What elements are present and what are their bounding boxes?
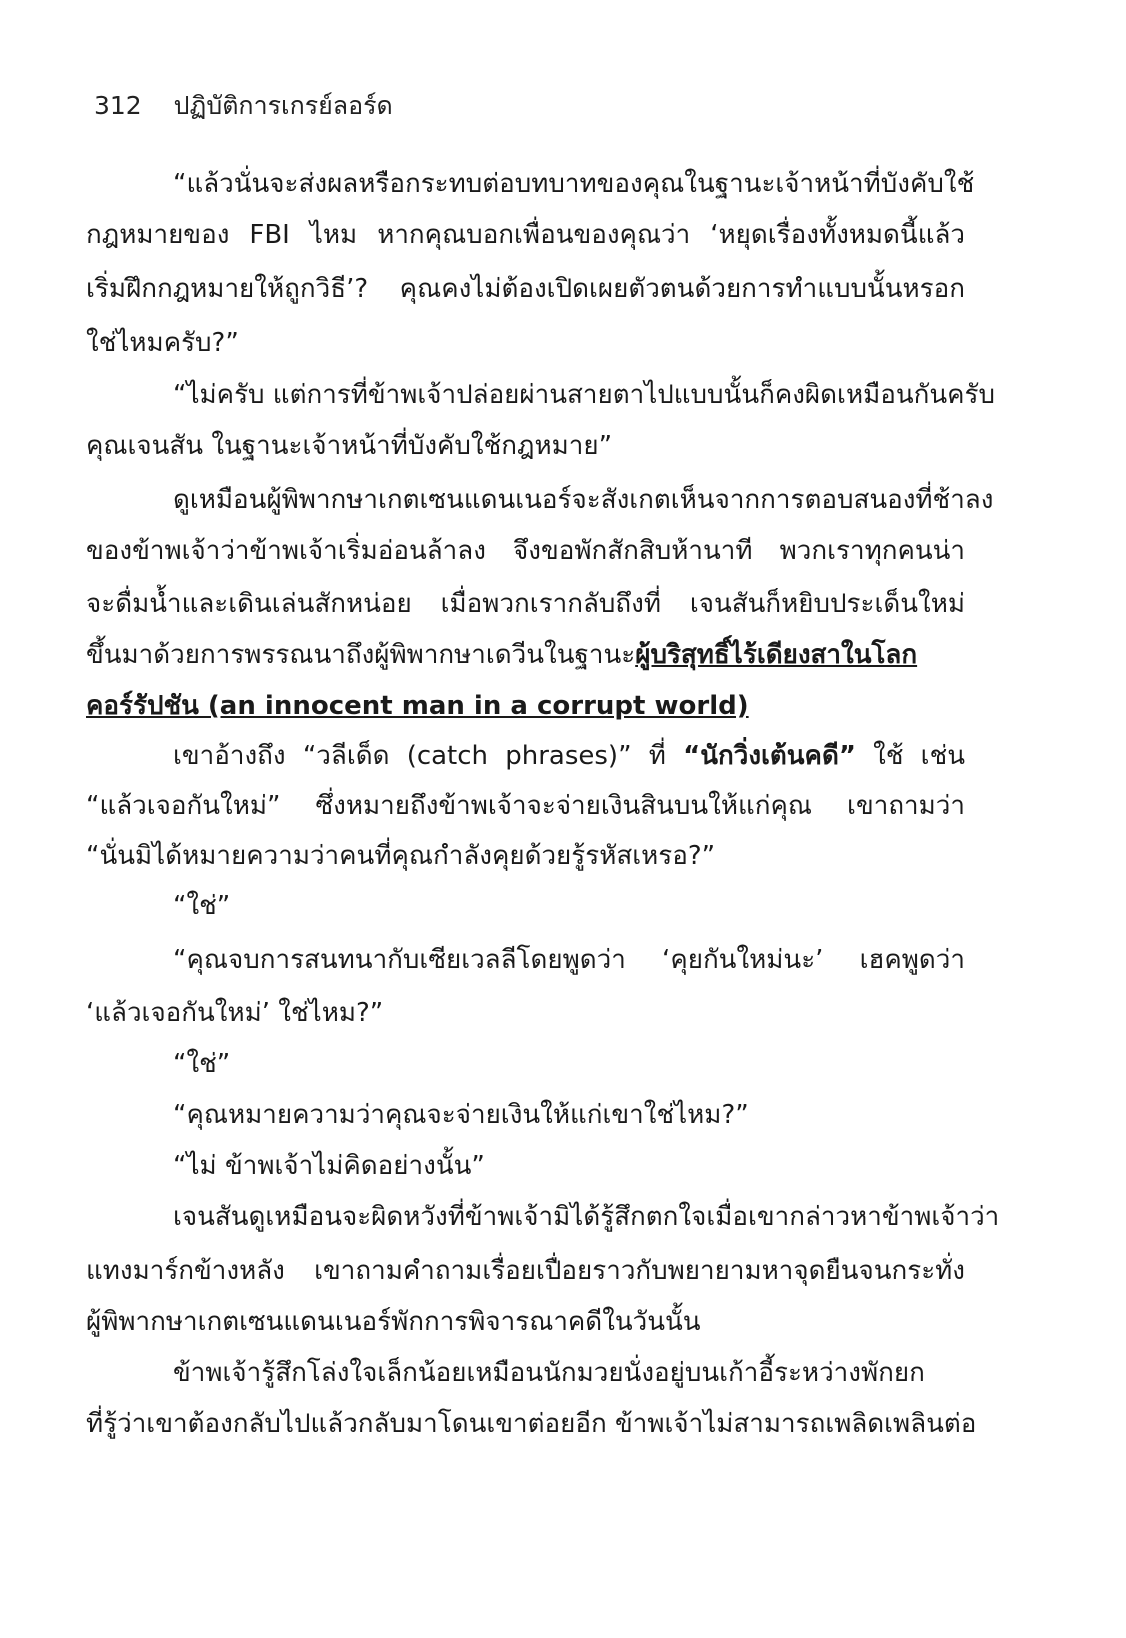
text-line: เริ่มฝึกกฎหมายให้ถูกวิธี’? คุณคงไม่ต้องเ… <box>86 269 965 309</box>
text-line: ที่รู้ว่าเขาต้องกลับไปแล้วกลับมาโดนเขาต่… <box>86 1404 965 1444</box>
text-line: “ไม่ ข้าพเจ้าไม่คิดอย่างนั้น” <box>173 1146 965 1186</box>
page-number: 312 <box>94 91 142 120</box>
text-line: “ไม่ครับ แต่การที่ข้าพเจ้าปล่อยผ่านสายตา… <box>173 375 965 415</box>
text-line: เจนสันดูเหมือนจะผิดหวังที่ข้าพเจ้ามิได้ร… <box>173 1197 965 1237</box>
text-line: เขาอ้างถึง “วลีเด็ด (catch phrases)” ที่… <box>173 736 965 776</box>
text-line: ขึ้นมาด้วยการพรรณนาถึงผู้พิพากษาเดวีนในฐ… <box>86 635 965 675</box>
text-line: แทงมาร์กข้างหลัง เขาถามคำถามเรื่อยเปื่อย… <box>86 1251 965 1291</box>
text-span: ใช้ เช่น <box>856 741 965 771</box>
text-line: คุณเจนสัน ในฐานะเจ้าหน้าที่บังคับใช้กฎหม… <box>86 426 965 466</box>
text-line: “ใช่” <box>173 886 965 926</box>
running-header: 312 ปฏิบัติการเกรย์ลอร์ด <box>94 86 393 126</box>
text-line: ‘แล้วเจอกันใหม่’ ใช่ไหม?” <box>86 993 965 1033</box>
text-span: ขึ้นมาด้วยการพรรณนาถึงผู้พิพากษาเดวีนในฐ… <box>86 640 635 670</box>
text-line: ผู้พิพากษาเกตเซนแดนเนอร์พักการพิจารณาคดี… <box>86 1302 965 1342</box>
text-line: ของข้าพเจ้าว่าข้าพเจ้าเริ่มอ่อนล้าลง จึง… <box>86 531 965 571</box>
text-line: “คุณจบการสนทนากับเซียเวลลีโดยพูดว่า ‘คุย… <box>173 940 965 980</box>
text-line: “นั่นมิได้หมายความว่าคนที่คุณกำลังคุยด้ว… <box>86 836 965 876</box>
book-title: ปฏิบัติการเกรย์ลอร์ด <box>174 91 393 120</box>
text-line: ดูเหมือนผู้พิพากษาเกตเซนแดนเนอร์จะสังเกต… <box>173 480 965 520</box>
text-line: ข้าพเจ้ารู้สึกโล่งใจเล็กน้อยเหมือนนักมวย… <box>173 1353 965 1393</box>
text-line: “แล้วเจอกันใหม่” ซึ่งหมายถึงข้าพเจ้าจะจ่… <box>86 786 965 826</box>
text-line: จะดื่มน้ำและเดินเล่นสักหน่อย เมื่อพวกเรา… <box>86 584 965 624</box>
text-line: “คุณหมายความว่าคุณจะจ่ายเงินให้แก่เขาใช่… <box>173 1095 965 1135</box>
text-span: เขาอ้างถึง “วลีเด็ด (catch phrases)” ที่ <box>173 741 683 771</box>
text-line: “แล้วนั่นจะส่งผลหรือกระทบต่อบทบาทของคุณใ… <box>173 164 965 204</box>
emphasized-term: ผู้บริสุทธิ์ไร้เดียงสาในโลก <box>635 640 917 670</box>
text-line: กฎหมายของ FBI ไหม หากคุณบอกเพื่อนของคุณว… <box>86 215 965 255</box>
bold-term: “นักวิ่งเต้นคดี” <box>683 741 856 771</box>
text-line: ใช่ไหมครับ?” <box>86 323 965 363</box>
text-line: “ใช่” <box>173 1044 965 1084</box>
emphasized-term: คอร์รัปชัน (an innocent man in a corrupt… <box>86 686 965 726</box>
